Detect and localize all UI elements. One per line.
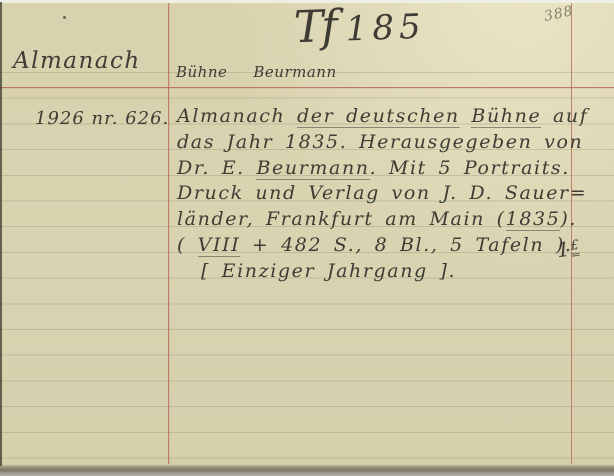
scan-bottom-edge: [0, 464, 614, 476]
text: (: [177, 234, 198, 256]
text: . Mit 5 Portraits.: [370, 157, 570, 179]
text: länder, Frankfurt am Main (: [177, 208, 506, 230]
text: das Jahr 1835. Herausgegeben von: [177, 131, 583, 153]
scan-left-edge: [0, 2, 2, 466]
entry-accession-number: 1926 nr. 626.: [35, 108, 169, 129]
shelfmark-number: 185: [345, 7, 426, 50]
text: Dr. E.: [177, 157, 256, 179]
underlined-text: Beurmann: [256, 157, 369, 180]
catalog-card: 388 Tf185 Almanach BühneBeurmann 1926 nr…: [0, 0, 614, 476]
entry-body-line: länder, Frankfurt am Main (1835).: [177, 207, 581, 233]
entry-body-text: Almanach der deutschen Bühne aufdas Jahr…: [177, 104, 581, 285]
entry-body-line: ( VIII + 482 S., 8 Bl., 5 Tafeln ).: [177, 233, 581, 259]
entry-body-line: Druck und Verlag von J. D. Sauer=: [177, 181, 581, 207]
text: + 482 S., 8 Bl., 5 Tafeln ).: [240, 234, 572, 256]
underlined-text: 1835: [506, 208, 561, 231]
heading-keywords: BühneBeurmann: [176, 63, 337, 81]
heading-title-word: Almanach: [13, 48, 141, 74]
text: [460, 105, 472, 127]
price-note: 1£: [556, 236, 580, 262]
entry-body-line: das Jahr 1835. Herausgegeben von: [177, 130, 581, 156]
text: [ Einziger Jahrgang ].: [201, 260, 456, 282]
heading-keyword: Beurmann: [253, 63, 336, 81]
entry-body-line: Dr. E. Beurmann. Mit 5 Portraits.: [177, 156, 581, 182]
text: Druck und Verlag von J. D. Sauer=: [177, 182, 587, 204]
shelfmark: Tf185: [293, 2, 426, 51]
scanned-catalog-card-image: 388 Tf185 Almanach BühneBeurmann 1926 nr…: [0, 0, 614, 476]
entry-body-line: [ Einziger Jahrgang ].: [177, 259, 581, 285]
entry-body-line: Almanach der deutschen Bühne auf: [177, 104, 581, 130]
text: ).: [560, 208, 577, 230]
heading-keyword: Bühne: [176, 63, 227, 81]
text: auf: [541, 105, 588, 127]
underlined-text: VIII: [198, 234, 241, 257]
red-header-rule: [0, 87, 614, 88]
shelfmark-letter: Tf: [293, 1, 336, 53]
price-unit: £: [570, 238, 580, 257]
underlined-text: der deutschen: [297, 105, 460, 128]
underlined-text: Bühne: [471, 105, 541, 128]
ink-speck: [63, 16, 66, 19]
price-amount: 1: [556, 237, 571, 262]
text: Almanach: [177, 105, 297, 127]
red-left-margin-rule: [168, 3, 169, 464]
